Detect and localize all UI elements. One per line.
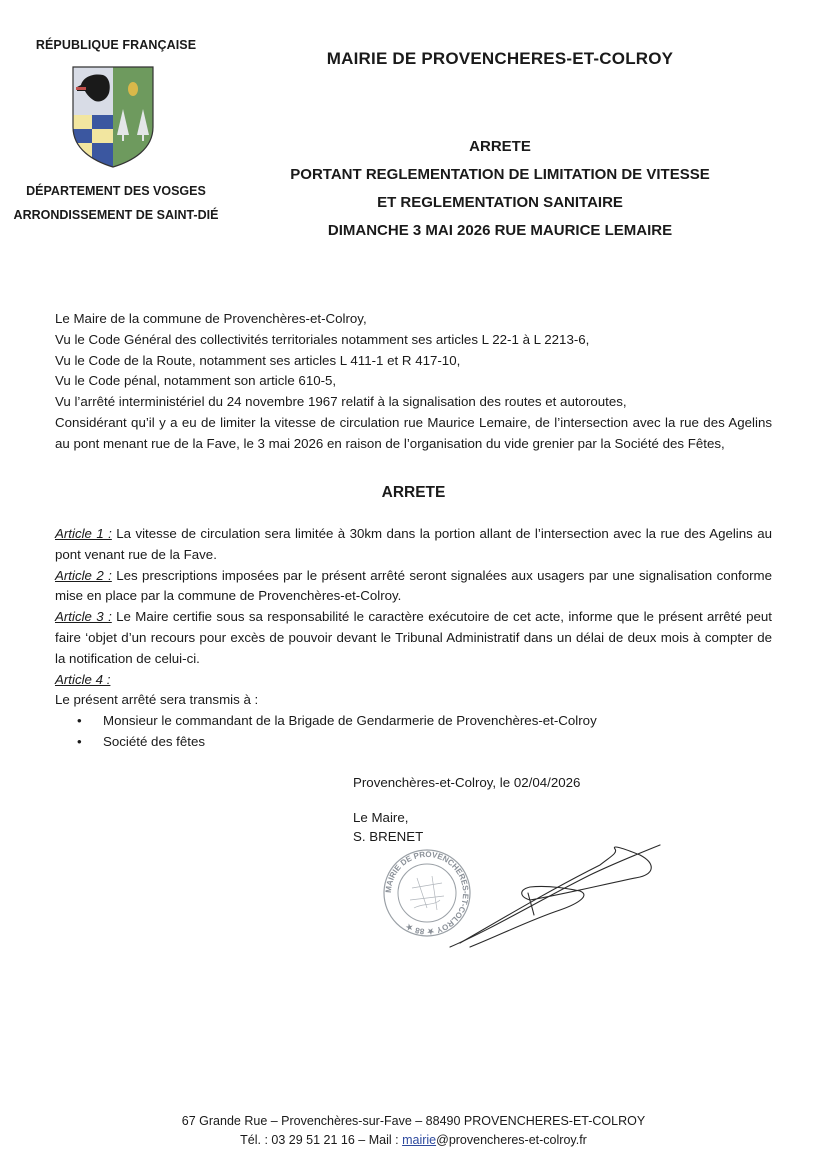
handwritten-signature-icon: [440, 835, 670, 950]
recipient-text: Monsieur le commandant de la Brigade de …: [103, 713, 597, 728]
article-text: Les prescriptions imposées par le présen…: [55, 568, 772, 604]
article-4: Article 4 :: [55, 670, 772, 691]
article-label: Article 3 :: [55, 609, 112, 624]
document-title-line-1: PORTANT REGLEMENTATION DE LIMITATION DE …: [245, 166, 755, 183]
departement-label: DÉPARTEMENT DES VOSGES: [0, 184, 232, 198]
footer-phone: Tél. : 03 29 51 21 16 – Mail :: [240, 1133, 402, 1147]
preamble: Le Maire de la commune de Provenchères-e…: [55, 309, 772, 455]
article-1: Article 1 : La vitesse de circulation se…: [55, 524, 772, 566]
decision-heading: ARRETE: [0, 484, 827, 502]
footer-contact: Tél. : 03 29 51 21 16 – Mail : mairie@pr…: [0, 1131, 827, 1150]
article-2: Article 2 : Les prescriptions imposées p…: [55, 566, 772, 608]
footer-address: 67 Grande Rue – Provenchères-sur-Fave – …: [0, 1112, 827, 1131]
preamble-line: Vu le Code pénal, notamment son article …: [55, 371, 772, 392]
articles: Article 1 : La vitesse de circulation se…: [55, 524, 772, 753]
article-label: Article 1 :: [55, 526, 112, 541]
article-label: Article 2 :: [55, 568, 112, 583]
recipient-text: Société des fêtes: [103, 734, 205, 749]
preamble-line: Considérant qu’il y a eu de limiter la v…: [55, 413, 772, 455]
recipient-list: •Monsieur le commandant de la Brigade de…: [55, 711, 772, 753]
document-title-line-2: ET REGLEMENTATION SANITAIRE: [245, 194, 755, 211]
coat-of-arms-icon: [71, 65, 155, 169]
preamble-line: Vu le Code Général des collectivités ter…: [55, 330, 772, 351]
preamble-line: Vu l’arrêté interministériel du 24 novem…: [55, 392, 772, 413]
document-type-title: ARRETE: [260, 138, 740, 155]
bullet-icon: •: [77, 732, 82, 753]
email-link[interactable]: mairie: [402, 1133, 436, 1147]
article-label: Article 4 :: [55, 672, 110, 687]
footer: 67 Grande Rue – Provenchères-sur-Fave – …: [0, 1112, 827, 1150]
preamble-line: Le Maire de la commune de Provenchères-e…: [55, 309, 772, 330]
republique-francaise-label: RÉPUBLIQUE FRANÇAISE: [0, 38, 232, 52]
signatory: Le Maire, S. BRENET: [353, 808, 423, 846]
list-item: •Société des fêtes: [103, 732, 772, 753]
article-text: La vitesse de circulation sera limitée à…: [55, 526, 772, 562]
preamble-line: Vu le Code de la Route, notamment ses ar…: [55, 351, 772, 372]
document-title-line-3: DIMANCHE 3 MAI 2026 RUE MAURICE LEMAIRE: [245, 222, 755, 239]
bullet-icon: •: [77, 711, 82, 732]
email-domain: @provencheres-et-colroy.fr: [436, 1133, 587, 1147]
article-3: Article 3 : Le Maire certifie sous sa re…: [55, 607, 772, 669]
signatory-name: S. BRENET: [353, 827, 423, 846]
place-date: Provenchères-et-Colroy, le 02/04/2026: [353, 775, 580, 790]
arrondissement-label: ARRONDISSEMENT DE SAINT-DIÉ: [0, 208, 232, 222]
transmission-intro: Le présent arrêté sera transmis à :: [55, 690, 772, 711]
article-text: Le Maire certifie sous sa responsabilité…: [55, 609, 772, 666]
mairie-heading: MAIRIE DE PROVENCHERES-ET-COLROY: [260, 49, 740, 69]
signatory-role: Le Maire,: [353, 808, 423, 827]
list-item: •Monsieur le commandant de la Brigade de…: [103, 711, 772, 732]
